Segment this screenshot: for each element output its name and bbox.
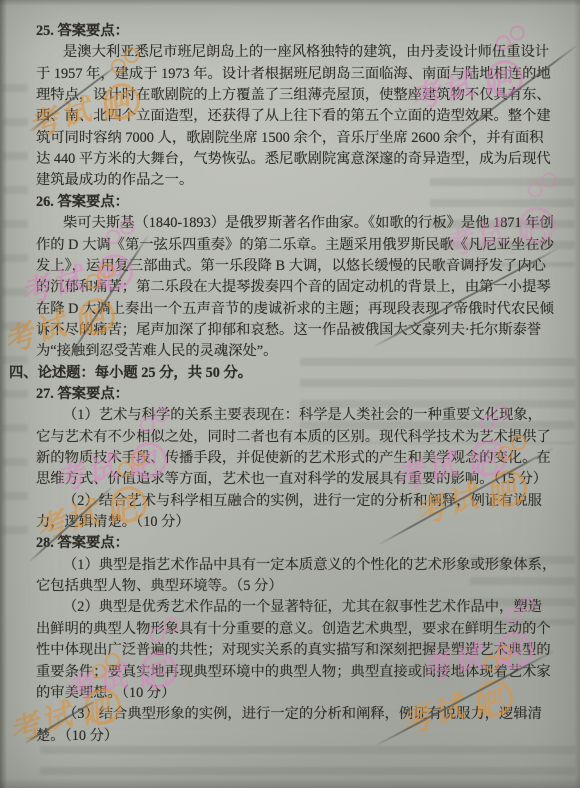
text-line: 它与艺术有不少相似之处，同时二者也有本质的区别。现代科学技术为艺术提供了 [36,427,551,447]
answer-key-text: 25. 答案要点：是澳大利亚悉尼市班尼朗岛上的一座风格独特的建筑，由丹麦设计师伍… [0,0,580,788]
text-line: （1）艺术与科学的关系主要表现在：科学是人类社会的一种重要文化现象， [63,405,542,425]
text-line: 26. 答案要点： [36,192,129,212]
scanned-exam-answer-page: 25. 答案要点：是澳大利亚悉尼市班尼朗岛上的一座风格独特的建筑，由丹麦设计师伍… [0,0,580,788]
text-line: 它包括典型人物、典型环境等。（5 分） [36,576,283,596]
text-line: 楚。（10 分） [36,726,118,746]
text-line: 在降 D 大调上奏出一个五声音节的虔诚祈求的主题；再现段表现了帝俄时代农民倾 [36,299,554,319]
text-line: 为“接触到忍受苦难人民的灵魂深处”。 [36,341,277,361]
text-line: 出鲜明的典型人物形象具有十分重要的意义。创造艺术典型，要求在鲜明生动的个 [36,619,551,639]
text-line: 西、南、北四个立面造型，还获得了从上往下看的第五个立面的造型效果。整个建 [36,106,551,126]
text-line: 于 1957 年，建成于 1973 年。设计者根据班尼朗岛三面临海、南面与陆地相… [36,64,551,84]
text-line: 诉不尽的痛苦；尾声加深了抑郁和哀愁。这一作品被俄国大文豪列夫·托尔斯泰誉 [36,320,541,340]
text-line: 理特点，设计时在歌剧院的上方覆盖了三组薄壳屋顶，使整座建筑物不仅具有东、 [36,85,551,105]
text-line: 的审美理想。（10 分） [36,683,175,703]
text-line: 力，逻辑清楚。（10 分） [36,512,190,532]
text-line: （2）结合艺术与科学相互融合的实例，进行一定的分析和阐释，例证有说服 [63,491,542,511]
text-line: 28. 答案要点： [36,533,129,553]
text-line: 27. 答案要点： [36,384,129,404]
text-line: 筑可同时容纳 7000 人，歌剧院坐席 1500 余个，音乐厅坐席 2600 余… [36,128,544,148]
text-line: 重要条件；要真实地再现典型环境中的典型人物；典型直接或间接地体现着艺术家 [36,662,551,682]
text-line: 达 440 平方米的大舞台，气势恢弘。悉尼歌剧院寓意深邃的奇异造型，成为后现代 [36,149,551,169]
text-line: 发上》，运用复三部曲式。第一乐段降 B 大调，以悠长缓慢的民歌音调抒发了内心 [36,256,546,276]
text-line: 性中体现出广泛普遍的共性；对现实关系的真实描写和深刻把握是塑造艺术典型的 [36,640,551,660]
text-line: 柴可夫斯基（1840-1893）是俄罗斯著名作曲家。《如歌的行板》是他 1871… [63,213,554,233]
text-line: 作的 D 大调《第一弦乐四重奏》的第二乐章。主题采用俄罗斯民歌《凡尼亚坐在沙 [36,235,554,255]
text-line: 思维方式、价值追求等方面，艺术也一直对科学的发展具有重要的影响。（15 分） [36,469,547,489]
text-line: 建筑最成功的作品之一。 [36,170,193,190]
text-line: 新的物质技术手段、传播手段，并促使新的艺术形式的产生和美学观念的变化。在 [36,448,551,468]
text-line: 25. 答案要点： [36,21,129,41]
text-line: 四、论述题：每小题 25 分，共 50 分。 [9,363,252,383]
text-line: （1）典型是指艺术作品中具有一定本质意义的个性化的艺术形象或形象体系， [63,555,556,575]
text-line: 的沉郁和痛苦；第二乐段在大提琴拨奏四个音的固定动机的背景上，由第一小提琴 [36,277,551,297]
text-line: （2）典型是优秀艺术作品的一个显著特征，尤其在叙事性艺术作品中，塑造 [63,597,542,617]
text-line: 是澳大利亚悉尼市班尼朗岛上的一座风格独特的建筑，由丹麦设计师伍重设计 [63,42,549,62]
text-line: （3）结合典型形象的实例，进行一定的分析和阐释，例证有说服力，逻辑清 [63,704,542,724]
